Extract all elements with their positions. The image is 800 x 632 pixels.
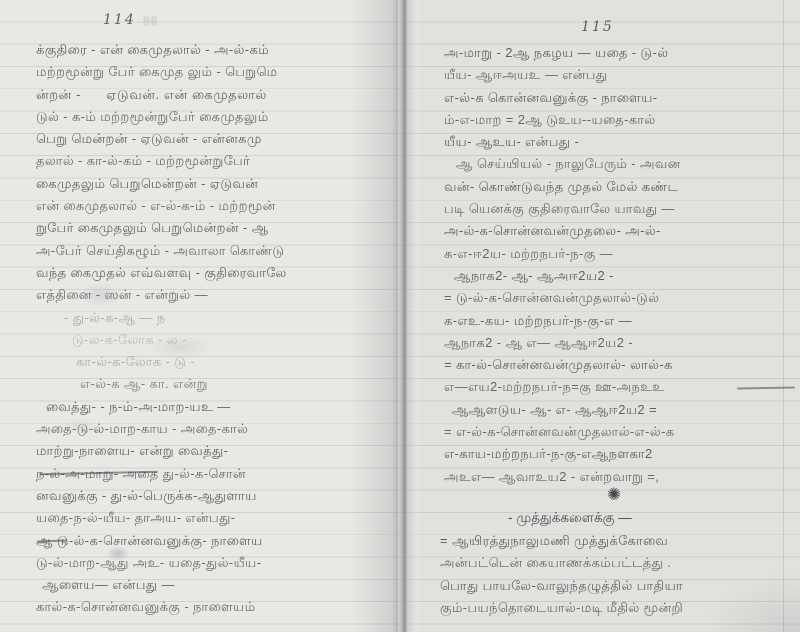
manuscript-line: ம்-எ-மாற = 2ஆ டுஉய--யதை-கால் (444, 109, 796, 131)
section-heading: - முத்துக்களைக்கு — (508, 507, 768, 529)
manuscript-line: டு-ல்-மாற-ஆது அஉ- யதை-துல்-யீய- (36, 552, 392, 574)
manuscript-line: அ-மாறு - 2ஆ நகழய — யதை - டு-ல் (444, 42, 796, 64)
manuscript-line: கும்-பயந்தொடையால்-மடி மீதில் மூன்றி (440, 597, 796, 619)
manuscript-line: மாற்று-நாளைய- என்று வைத்து- (36, 440, 392, 462)
manuscript-line: எ-ல்-க ஆ- கா. என்று (36, 373, 392, 395)
manuscript-line: அன்பட்டென் கையாணக்கம்பட்டத்து . (440, 552, 796, 574)
manuscript-line: = எ-ல்-க-சொன்னவன்முதலால்-எ-ல்-க (444, 421, 796, 443)
rosette-ornament-icon: ✺ (594, 484, 634, 506)
right-page-text-block-lower: = ஆயிரத்துநாலுமணி முத்துக்கோவைஅன்பட்டென்… (440, 530, 796, 619)
manuscript-line: என் கைமுதலால் - எ-ல்-க-ம் - மற்றமூன் (36, 195, 392, 217)
manuscript-line: யதை-ந-ல்-யீய- தாஅய- என்பது- (36, 507, 392, 529)
right-page-text-block-upper: அ-மாறு - 2ஆ நகழய — யதை - டு-ல்யீய- ஆஈஅயஉ… (444, 42, 796, 488)
right-page-number: 115 (581, 19, 614, 35)
left-page-number: 114 (103, 12, 136, 28)
manuscript-line: ஆளைய— என்பது — (36, 574, 392, 596)
manuscript-line: றுபேர் கைமுதலும் பெறுமென்றன் - ஆ (36, 217, 392, 239)
manuscript-line: அதை-டு-ல்-மாற-காய - அதை-கால் (36, 418, 392, 440)
manuscript-line: கைமுதலும் பெறுமென்றன் - ஏடுவன் (36, 173, 392, 195)
manuscript-line: ஆ டு-ல்-க-சொன்னவனுக்கு- நாளைய (36, 530, 392, 552)
manuscript-line: = ஆயிரத்துநாலுமணி முத்துக்கோவை (440, 530, 796, 552)
book-gutter (392, 0, 416, 632)
manuscript-line: - து-ல்-க-ஆ — ந (36, 307, 392, 329)
manuscript-line: எ-காய-மற்றநபர்-ந-கு-எஆநளகா2 (444, 443, 796, 465)
manuscript-line: = கா-ல்-சொன்னவன்முதலால்- லால்-க (444, 354, 796, 376)
manuscript-line: க-எஉ-கய- மற்றநபர்-ந-கு-எ — (444, 310, 796, 332)
stray-pencil-mark: 86 (143, 14, 158, 28)
manuscript-line: மற்றமூன்று பேர் கைமுத லும் - பெறுமெ (36, 61, 392, 83)
manuscript-line: அ-ல்-க-சொன்னவன்முதலை- அ-ல்- (444, 220, 796, 242)
manuscript-line: னவனுக்கு - து-ல்-பெருக்க-ஆதுளாய (36, 485, 392, 507)
manuscript-line: எத்தினை - ஸன் - என்றுல் — (36, 284, 392, 306)
manuscript-line: ஆநாக2 - ஆ எ— ஆஆஈ2ய2 - (444, 332, 796, 354)
manuscript-line: வன்- கொண்டுவந்த முதல் மேல் கண்ட (444, 176, 796, 198)
manuscript-line: = டு-ல்-க-சொன்னவன்முதலால்-டுல் (444, 287, 796, 309)
manuscript-line: யீய- ஆஉய- என்பது - (444, 131, 796, 153)
manuscript-line: டு-ல-க-லோக - ல - (36, 329, 392, 351)
right-page: 115 அ-மாறு - 2ஆ நகழய — யதை - டு-ல்யீய- ஆ… (398, 0, 800, 632)
manuscript-line: டுல் - க-ம் மற்றமூன்றுபேர் கைமுதலும் (36, 106, 392, 128)
manuscript-line: எ-ல்-க கொன்னவனுக்கு - நாளைய- (444, 87, 796, 109)
manuscript-line: ஆ செய்யியல் - நாலுபேரும் - அவன (444, 153, 796, 175)
manuscript-line: வைத்து- - ந-ம்-அ-மாற-யஉ — (36, 396, 392, 418)
left-page: 114 86 க்குதிரை - என் கைமுதலால் - அ-ல்-க… (0, 0, 398, 632)
manuscript-line: க-எ-ஈ2ய- மற்றநபர்-ந-கு — (444, 243, 796, 265)
manuscript-line: ஆநாக2- ஆ- ஆஅஈ2ய2 - (444, 265, 796, 287)
manuscript-line: யீய- ஆஈஅயஉ — என்பது (444, 64, 796, 86)
manuscript-line: கால்-க-சொன்னவனுக்கு - நாளையம் (36, 596, 392, 618)
left-page-text-block: க்குதிரை - என் கைமுதலால் - அ-ல்-கம்மற்றம… (36, 39, 392, 619)
manuscript-line: வந்த கைமுதல் எவ்வளவு - குதிரைவாலே (36, 262, 392, 284)
manuscript-line: ஆஆளடுய- ஆ- எ- ஆஆஈ2ய2 = (444, 399, 796, 421)
manuscript-line: ன்றன் - ஏடுவன். என் கைமுதலால் (36, 84, 392, 106)
manuscript-line: அ-பேர் செய்திகழூம் - அவாலா கொண்டு (36, 240, 392, 262)
manuscript-line: க்குதிரை - என் கைமுதலால் - அ-ல்-கம் (36, 39, 392, 61)
manuscript-line: பொது பாயலே-வாலுந்தழுத்தில் பாதியா (440, 575, 796, 597)
manuscript-line: கா-ல்-க-லோக - டு - (36, 351, 392, 373)
manuscript-line: படி யெனக்கு குதிரைவாலே யாவது — (444, 198, 796, 220)
manuscript-scan: 114 86 க்குதிரை - என் கைமுதலால் - அ-ல்-க… (0, 0, 800, 632)
manuscript-line: பெறு மென்றன் - ஏடுவன் - என்னகமு (36, 128, 392, 150)
manuscript-line: தலால் - கா-ல்-கம் - மற்றமூன்றுபேர் (36, 150, 392, 172)
